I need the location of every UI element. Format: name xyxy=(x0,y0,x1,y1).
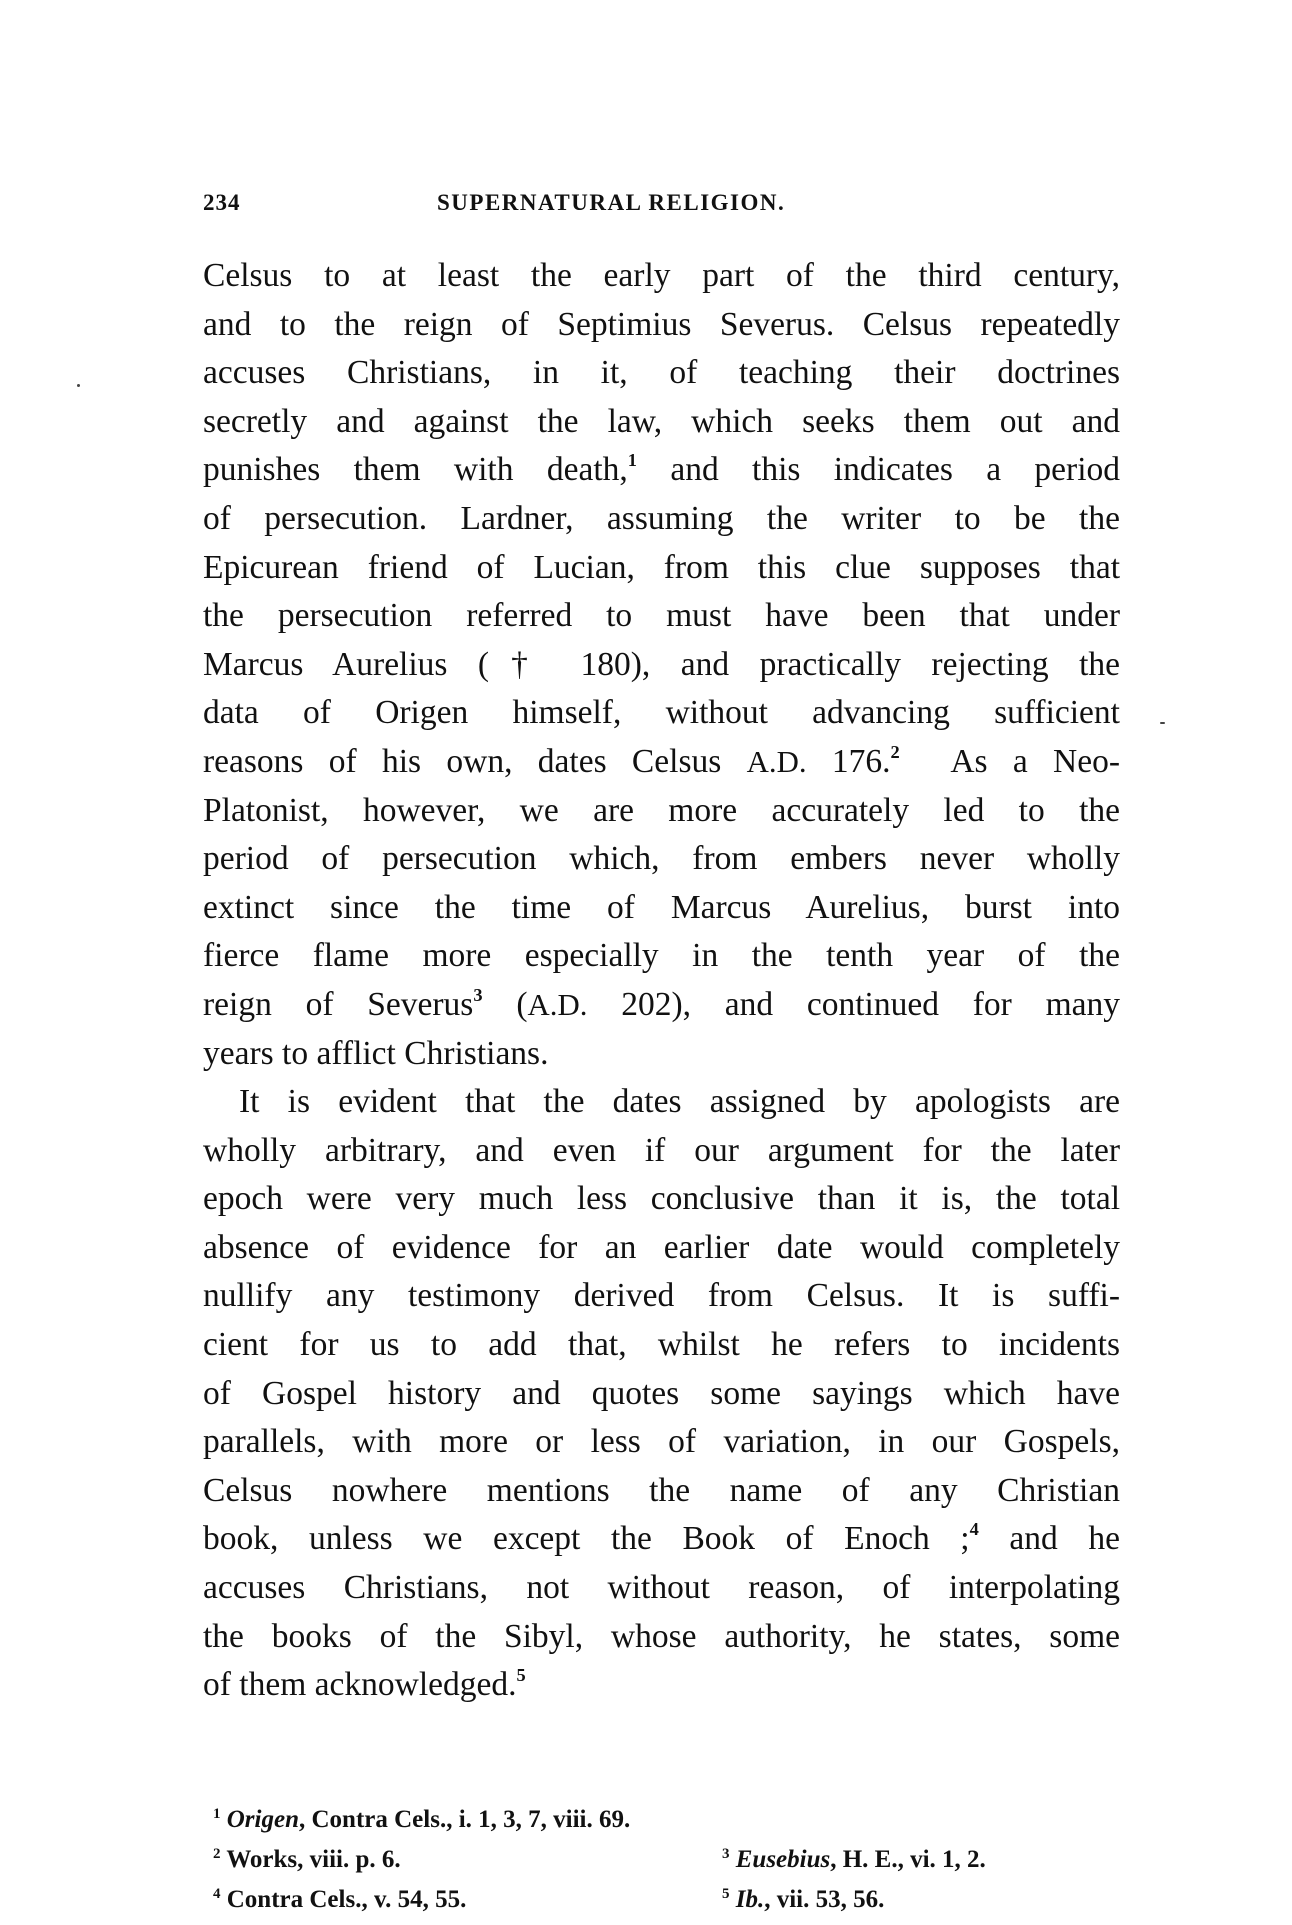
text-line: punishes them with death,1 and this indi… xyxy=(203,446,1120,495)
text-line: accuses Christians, not without reason, … xyxy=(203,1564,1120,1613)
text-line: of persecution. Lardner, assuming the wr… xyxy=(203,495,1120,544)
text-line: It is evident that the dates assigned by… xyxy=(203,1078,1120,1127)
text-line: secretly and against the law, which seek… xyxy=(203,398,1120,447)
era-abbrev: A.D. xyxy=(747,745,807,779)
footnote-marker-1[interactable]: 1 xyxy=(628,451,637,471)
footnote-row: 4 Contra Cels., v. 54, 55. 5 Ib., vii. 5… xyxy=(203,1880,1120,1920)
text-line: fierce flame more especially in the tent… xyxy=(203,932,1120,981)
text-line: reign of Severus3 (A.D. 202), and contin… xyxy=(203,981,1120,1030)
footnote-author: Eusebius xyxy=(736,1846,830,1873)
text-fragment: and he xyxy=(1009,1520,1120,1557)
text-line: period of persecution which, from embers… xyxy=(203,835,1120,884)
text-line: Celsus nowhere mentions the name of any … xyxy=(203,1467,1120,1516)
book-page: 234 SUPERNATURAL RELIGION. Celsus to at … xyxy=(0,0,1292,1925)
text-line: Platonist, however, we are more accurate… xyxy=(203,787,1120,836)
text-fragment: and this indicates a period xyxy=(670,451,1120,488)
text-line: parallels, with more or less of variatio… xyxy=(203,1418,1120,1467)
running-title: SUPERNATURAL RELIGION. xyxy=(437,190,785,216)
running-head: 234 SUPERNATURAL RELIGION. xyxy=(203,190,1120,220)
text-line: Epicurean friend of Lucian, from this cl… xyxy=(203,544,1120,593)
text-line: nullify any testimony derived from Celsu… xyxy=(203,1272,1120,1321)
text-fragment: As a Neo- xyxy=(950,743,1120,780)
text-line: accuses Christians, in it, of teaching t… xyxy=(203,349,1120,398)
text-fragment: 176. xyxy=(832,743,891,780)
footnote-row: 2 Works, viii. p. 6. 3 Eusebius, H. E., … xyxy=(203,1840,1120,1880)
text-line: book, unless we except the Book of Enoch… xyxy=(203,1515,1120,1564)
text-line: Celsus to at least the early part of the… xyxy=(203,252,1120,301)
text-fragment: book, unless we except the Book of Enoch… xyxy=(203,1520,970,1557)
footnote-2: 2 Works, viii. p. 6. xyxy=(213,1840,401,1880)
text-fragment: of them acknowledged. xyxy=(203,1666,517,1703)
text-fragment: punishes them with death, xyxy=(203,451,628,488)
text-line: years to afflict Christians. xyxy=(203,1030,1120,1079)
body-text: Celsus to at least the early part of the… xyxy=(203,252,1120,1710)
footnote-author: Origen xyxy=(227,1806,299,1833)
text-line: extinct since the time of Marcus Aureliu… xyxy=(203,884,1120,933)
scan-speck xyxy=(1160,722,1165,724)
text-line: wholly arbitrary, and even if our argume… xyxy=(203,1127,1120,1176)
text-line: the books of the Sibyl, whose authority,… xyxy=(203,1613,1120,1662)
text-line: of Gospel history and quotes some saying… xyxy=(203,1370,1120,1419)
footnotes: 1 Origen, Contra Cels., i. 1, 3, 7, viii… xyxy=(203,1800,1120,1920)
text-line: reasons of his own, dates Celsus A.D. 17… xyxy=(203,738,1120,787)
text-line: data of Origen himself, without advancin… xyxy=(203,689,1120,738)
text-fragment: ( xyxy=(516,986,527,1023)
text-fragment: reign of Severus xyxy=(203,986,473,1023)
page-number: 234 xyxy=(203,190,241,216)
text-fragment: reasons of his own, dates Celsus xyxy=(203,743,721,780)
footnote-marker-2[interactable]: 2 xyxy=(890,742,899,762)
footnote-3: 3 Eusebius, H. E., vi. 1, 2. xyxy=(722,1840,986,1880)
text-line: of them acknowledged.5 xyxy=(203,1661,1120,1710)
era-abbrev: A.D. xyxy=(527,988,587,1022)
footnote-marker-4[interactable]: 4 xyxy=(970,1520,979,1540)
text-line: absence of evidence for an earlier date … xyxy=(203,1224,1120,1273)
footnote-author: Ib. xyxy=(736,1886,764,1913)
footnote-4: 4 Contra Cels., v. 54, 55. xyxy=(213,1880,466,1920)
footnote-1: 1 Origen, Contra Cels., i. 1, 3, 7, viii… xyxy=(213,1800,630,1840)
text-line: and to the reign of Septimius Severus. C… xyxy=(203,301,1120,350)
scan-speck xyxy=(77,384,80,387)
text-fragment: 202), and continued for many xyxy=(621,986,1120,1023)
footnote-row: 1 Origen, Contra Cels., i. 1, 3, 7, viii… xyxy=(203,1800,1120,1840)
text-line: cient for us to add that, whilst he refe… xyxy=(203,1321,1120,1370)
footnote-marker-3[interactable]: 3 xyxy=(473,985,482,1005)
text-line: epoch were very much less conclusive tha… xyxy=(203,1175,1120,1224)
footnote-5: 5 Ib., vii. 53, 56. xyxy=(722,1880,884,1920)
text-line: Marcus Aurelius († 180), and practically… xyxy=(203,641,1120,690)
text-line: the persecution referred to must have be… xyxy=(203,592,1120,641)
footnote-marker-5[interactable]: 5 xyxy=(517,1665,526,1685)
